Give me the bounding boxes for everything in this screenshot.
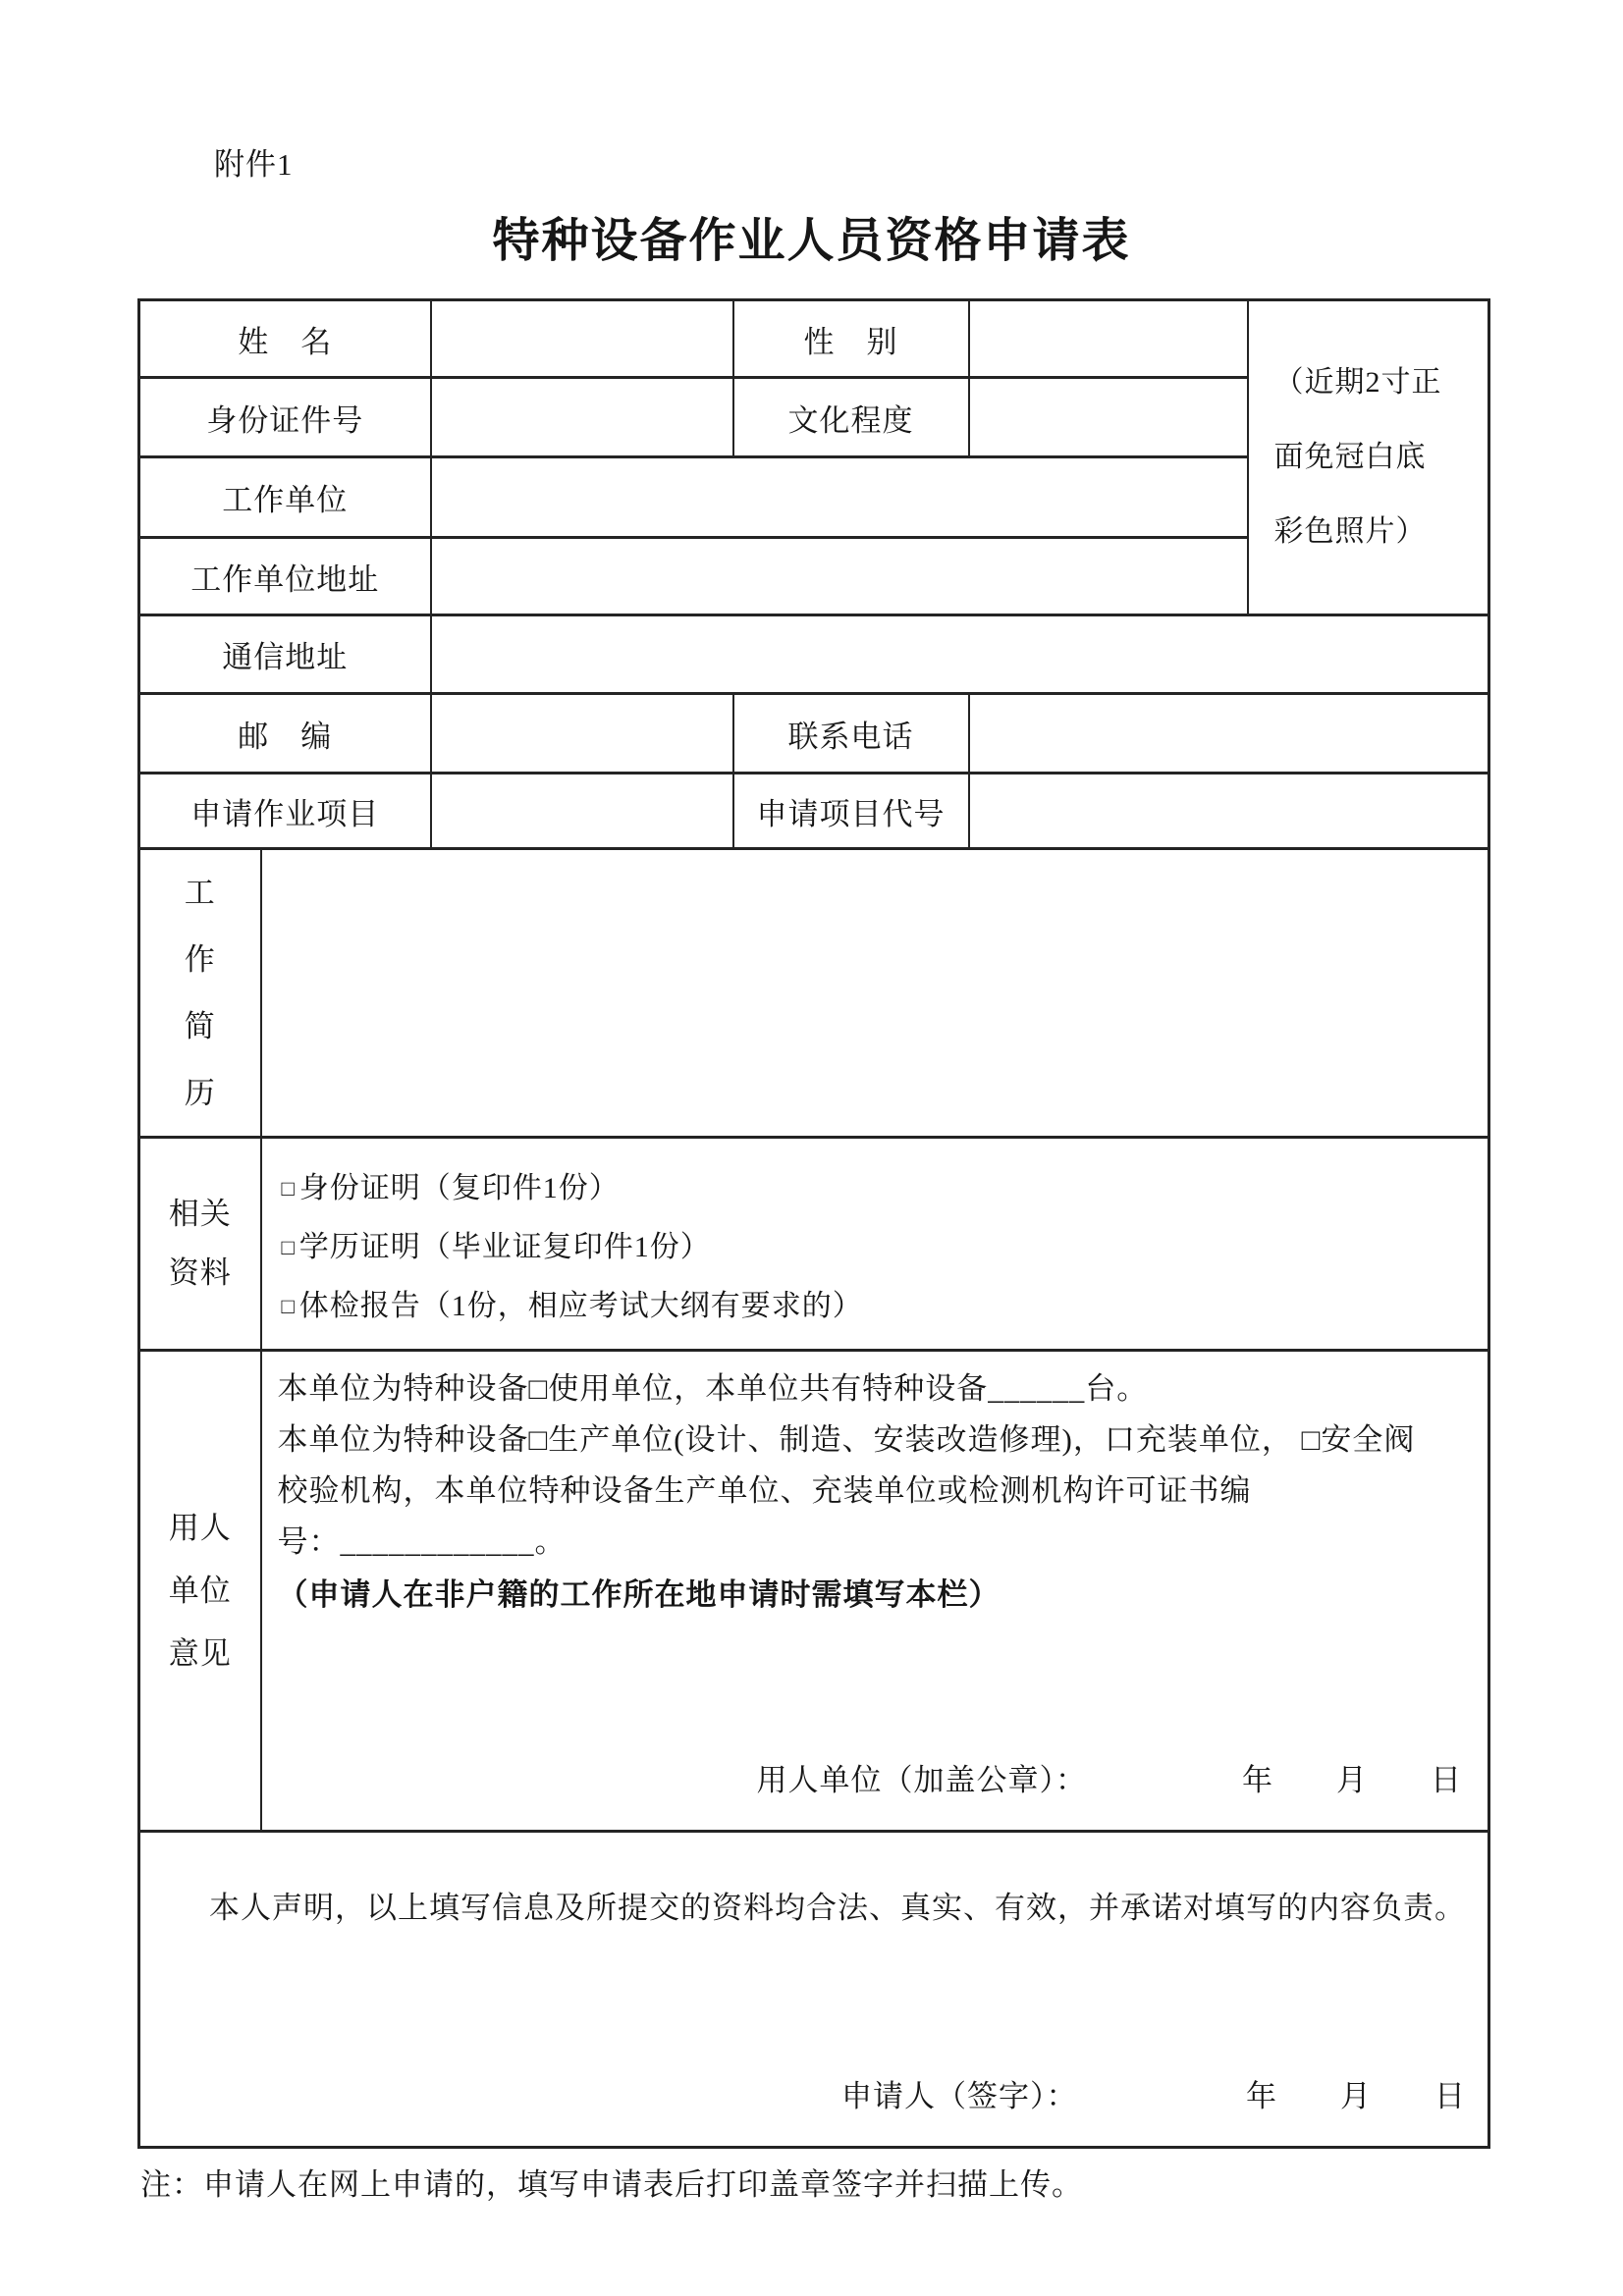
row-mailing-address: 通信地址	[139, 615, 1489, 694]
applied-project-label: 申请作业项目	[139, 774, 431, 849]
row-declaration: 本人声明，以上填写信息及所提交的资料均合法、真实、有效，并承诺对填写的内容负责。…	[139, 1832, 1489, 2148]
row-related-materials: 相关 资料 □身份证明（复印件1份） □学历证明（毕业证复印件1份） □体检报告…	[139, 1138, 1489, 1351]
checkbox-icon: □	[282, 1294, 299, 1318]
material-item-text: 体检报告（1份，相应考试大纲有要求的）	[299, 1290, 863, 1322]
row-name-gender: 姓 名 性 别 （近期2寸正 面免冠白底 彩色照片）	[139, 300, 1489, 378]
applicant-date-label: 年 月 日	[1246, 2071, 1466, 2115]
employer-opinion-label: 用人 单位 意见	[139, 1351, 261, 1832]
checkbox-icon: □	[282, 1176, 299, 1201]
name-value-cell	[431, 300, 733, 378]
opinion-bold-note: （申请人在非户籍的工作所在地申请时需填写本栏）	[278, 1568, 1475, 1623]
photo-cell: （近期2寸正 面免冠白底 彩色照片）	[1248, 300, 1489, 615]
opinion-line: 本单位为特种设备□使用单位，本单位共有特种设备______台。	[278, 1363, 1475, 1415]
attachment-label: 附件1	[214, 139, 294, 184]
photo-note-line: 面免冠白底	[1274, 420, 1488, 495]
photo-note-line: 彩色照片）	[1274, 495, 1488, 569]
material-item: □身份证明（复印件1份）	[282, 1163, 1488, 1206]
declaration-text: 本人声明，以上填写信息及所提交的资料均合法、真实、有效，并承诺对填写的内容负责。	[148, 1876, 1478, 1941]
row-project: 申请作业项目 申请项目代号	[139, 774, 1489, 849]
related-materials-label: 相关 资料	[139, 1138, 261, 1351]
employer-address-label: 工作单位地址	[139, 538, 431, 615]
phone-value-cell	[969, 694, 1489, 774]
material-item: □体检报告（1份，相应考试大纲有要求的）	[282, 1281, 1488, 1324]
id-number-label: 身份证件号	[139, 378, 431, 457]
applied-project-value-cell	[431, 774, 733, 849]
education-label: 文化程度	[733, 378, 969, 457]
education-value-cell	[969, 378, 1248, 457]
postal-code-value-cell	[431, 694, 733, 774]
gender-value-cell	[969, 300, 1248, 378]
opinion-line: 本单位为特种设备□生产单位(设计、制造、安装改造修理)，口充装单位， □安全阀	[278, 1415, 1475, 1466]
employer-label: 工作单位	[139, 457, 431, 538]
footer-note: 注：申请人在网上申请的，填写申请表后打印盖章签字并扫描上传。	[140, 2160, 1083, 2204]
mailing-address-label: 通信地址	[139, 615, 431, 694]
employer-date-label: 年 月 日	[1242, 1755, 1462, 1799]
employer-address-value-cell	[431, 538, 1248, 615]
photo-note-line: （近期2寸正	[1274, 346, 1488, 420]
name-label: 姓 名	[139, 300, 431, 378]
work-resume-label-char: 工	[140, 860, 260, 927]
page-title: 特种设备作业人员资格申请表	[0, 202, 1623, 270]
related-materials-cell: □身份证明（复印件1份） □学历证明（毕业证复印件1份） □体检报告（1份，相应…	[261, 1138, 1489, 1351]
employer-value-cell	[431, 457, 1248, 538]
employer-opinion-label-line: 单位	[140, 1560, 260, 1623]
row-postal-phone: 邮 编 联系电话	[139, 694, 1489, 774]
declaration-cell: 本人声明，以上填写信息及所提交的资料均合法、真实、有效，并承诺对填写的内容负责。…	[139, 1832, 1489, 2148]
employer-seal-row: 用人单位（加盖公章）： 年 月 日	[278, 1755, 1475, 1827]
material-item: □学历证明（毕业证复印件1份）	[282, 1222, 1488, 1265]
row-work-resume: 工 作 简 历	[139, 849, 1489, 1138]
work-resume-label-char: 作	[140, 927, 260, 993]
project-code-label: 申请项目代号	[733, 774, 969, 849]
employer-opinion-cell: 本单位为特种设备□使用单位，本单位共有特种设备______台。 本单位为特种设备…	[261, 1351, 1489, 1832]
work-resume-label-char: 简	[140, 993, 260, 1060]
employer-opinion-label-line: 意见	[140, 1623, 260, 1685]
related-materials-label-line: 资料	[140, 1244, 260, 1303]
employer-seal-label: 用人单位（加盖公章）：	[757, 1755, 1088, 1799]
mailing-address-value-cell	[431, 615, 1489, 694]
work-resume-label: 工 作 简 历	[139, 849, 261, 1138]
row-employer-opinion: 用人 单位 意见 本单位为特种设备□使用单位，本单位共有特种设备______台。…	[139, 1351, 1489, 1832]
material-item-text: 学历证明（毕业证复印件1份）	[299, 1231, 711, 1263]
id-number-value-cell	[431, 378, 733, 457]
checkbox-icon: □	[282, 1235, 299, 1259]
applicant-sign-row: 申请人（签字）： 年 月 日	[148, 2071, 1478, 2115]
application-form-table: 姓 名 性 别 （近期2寸正 面免冠白底 彩色照片） 身份证件号 文化程度 工作…	[137, 298, 1490, 2149]
project-code-value-cell	[969, 774, 1489, 849]
opinion-line: 号：____________。	[278, 1517, 1475, 1568]
work-resume-content-cell	[261, 849, 1489, 1138]
material-item-text: 身份证明（复印件1份）	[299, 1172, 620, 1204]
phone-label: 联系电话	[733, 694, 969, 774]
gender-label: 性 别	[733, 300, 969, 378]
postal-code-label: 邮 编	[139, 694, 431, 774]
employer-opinion-label-line: 用人	[140, 1497, 260, 1560]
document-page: 附件1 特种设备作业人员资格申请表 姓 名 性 别 （近期2寸正 面免冠白底 彩…	[0, 0, 1623, 2296]
opinion-line: 校验机构，本单位特种设备生产单位、充装单位或检测机构许可证书编	[278, 1466, 1475, 1517]
declaration-content: 本人声明，以上填写信息及所提交的资料均合法、真实、有效，并承诺对填写的内容负责。…	[140, 1833, 1488, 2145]
related-materials-label-line: 相关	[140, 1185, 260, 1244]
work-resume-label-char: 历	[140, 1060, 260, 1127]
applicant-sign-label: 申请人（签字）：	[841, 2071, 1078, 2115]
employer-opinion-content: 本单位为特种设备□使用单位，本单位共有特种设备______台。 本单位为特种设备…	[262, 1352, 1488, 1827]
